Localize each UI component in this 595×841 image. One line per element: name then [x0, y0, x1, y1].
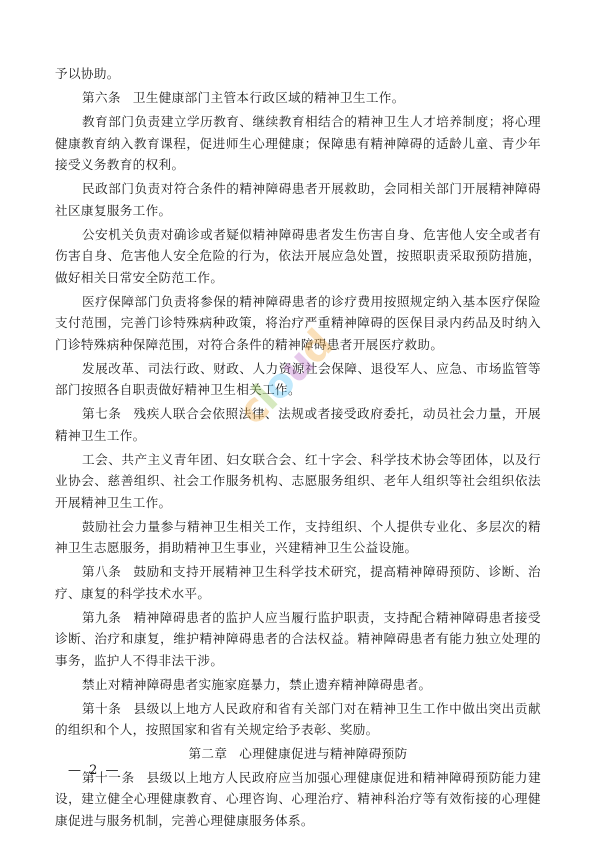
paragraph-social-organizations: 工会、共产主义青年团、妇女联合会、红十字会、科学技术协会等团体，以及行业协会、慈…	[55, 449, 541, 514]
paragraph-text: 鼓励社会力量参与精神卫生相关工作，支持组织、个人提供专业化、多层次的精神卫生志愿…	[55, 519, 541, 556]
paragraph-text: 教育部门负责建立学历教育、继续教育相结合的精神卫生人才培养制度；将心理健康教育纳…	[55, 114, 541, 172]
paragraph-text: 禁止对精神障碍患者实施家庭暴力，禁止遗弃精神障碍患者。	[82, 677, 431, 692]
article-number: 第六条	[82, 90, 121, 105]
chapter-heading: 第二章心理健康促进与精神障碍预防	[55, 743, 541, 765]
paragraph-prohibit-violence: 禁止对精神障碍患者实施家庭暴力，禁止遗弃精神障碍患者。	[55, 674, 541, 696]
article-6: 第六条卫生健康部门主管本行政区域的精神卫生工作。	[55, 87, 541, 109]
paragraph-text: 卫生健康部门主管本行政区域的精神卫生工作。	[133, 90, 405, 105]
article-11: 第十一条县级以上地方人民政府应当加强心理健康促进和精神障碍预防能力建设，建立健全…	[55, 767, 541, 832]
article-number: 第八条	[82, 564, 121, 579]
paragraph-encourage-social: 鼓励社会力量参与精神卫生相关工作，支持组织、个人提供专业化、多层次的精神卫生志愿…	[55, 516, 541, 559]
paragraph-text: 发展改革、司法行政、财政、人力资源社会保障、退役军人、应急、市场监管等部门按照各…	[55, 361, 541, 398]
paragraph-public-security: 公安机关负责对确诊或者疑似精神障碍患者发生伤害自身、危害他人安全或者有伤害自身、…	[55, 224, 541, 289]
article-number: 第十条	[82, 701, 121, 716]
paragraph-medical-insurance: 医疗保障部门负责将参保的精神障碍患者的诊疗费用按照规定纳入基本医疗保险支付范围，…	[55, 291, 541, 356]
chapter-title: 心理健康促进与精神障碍预防	[239, 746, 407, 761]
paragraph-civil-affairs: 民政部门负责对符合条件的精神障碍患者开展救助，会同相关部门开展精神障碍社区康复服…	[55, 178, 541, 221]
paragraph-text: 鼓励和支持开展精神卫生科学技术研究，提高精神障碍预防、诊断、治疗、康复的科学技术…	[55, 564, 541, 601]
paragraph-education: 教育部门负责建立学历教育、继续教育相结合的精神卫生人才培养制度；将心理健康教育纳…	[55, 111, 541, 176]
chapter-number: 第二章	[188, 746, 227, 761]
paragraph-continuation: 予以协助。	[55, 63, 541, 85]
page-number: — 2 —	[68, 763, 121, 778]
article-9: 第九条精神障碍患者的监护人应当履行监护职责，支持配合精神障碍患者接受诊断、治疗和…	[55, 607, 541, 672]
paragraph-text: 残疾人联合会依照法律、法规或者接受政府委托，动员社会力量，开展精神卫生工作。	[55, 406, 541, 443]
paragraph-text: 民政部门负责对符合条件的精神障碍患者开展救助，会同相关部门开展精神障碍社区康复服…	[55, 181, 541, 218]
paragraph-text: 公安机关负责对确诊或者疑似精神障碍患者发生伤害自身、危害他人安全或者有伤害自身、…	[55, 227, 541, 285]
article-8: 第八条鼓励和支持开展精神卫生科学技术研究，提高精神障碍预防、诊断、治疗、康复的科…	[55, 561, 541, 604]
paragraph-text: 工会、共产主义青年团、妇女联合会、红十字会、科学技术协会等团体，以及行业协会、慈…	[55, 452, 541, 510]
paragraph-text: 予以协助。	[55, 66, 120, 81]
article-7: 第七条残疾人联合会依照法律、法规或者接受政府委托，动员社会力量，开展精神卫生工作…	[55, 403, 541, 446]
paragraph-text: 精神障碍患者的监护人应当履行监护职责，支持配合精神障碍患者接受诊断、治疗和康复，…	[55, 610, 541, 668]
paragraph-text: 医疗保障部门负责将参保的精神障碍患者的诊疗费用按照规定纳入基本医疗保险支付范围，…	[55, 294, 541, 352]
paragraph-other-departments: 发展改革、司法行政、财政、人力资源社会保障、退役军人、应急、市场监管等部门按照各…	[55, 358, 541, 401]
document-page: 予以协助。 第六条卫生健康部门主管本行政区域的精神卫生工作。 教育部门负责建立学…	[55, 63, 541, 834]
paragraph-text: 县级以上地方人民政府和省有关部门对在精神卫生工作中做出突出贡献的组织和个人，按照…	[55, 701, 541, 738]
article-10: 第十条县级以上地方人民政府和省有关部门对在精神卫生工作中做出突出贡献的组织和个人…	[55, 698, 541, 741]
article-number: 第九条	[82, 610, 121, 625]
article-number: 第七条	[82, 406, 121, 421]
